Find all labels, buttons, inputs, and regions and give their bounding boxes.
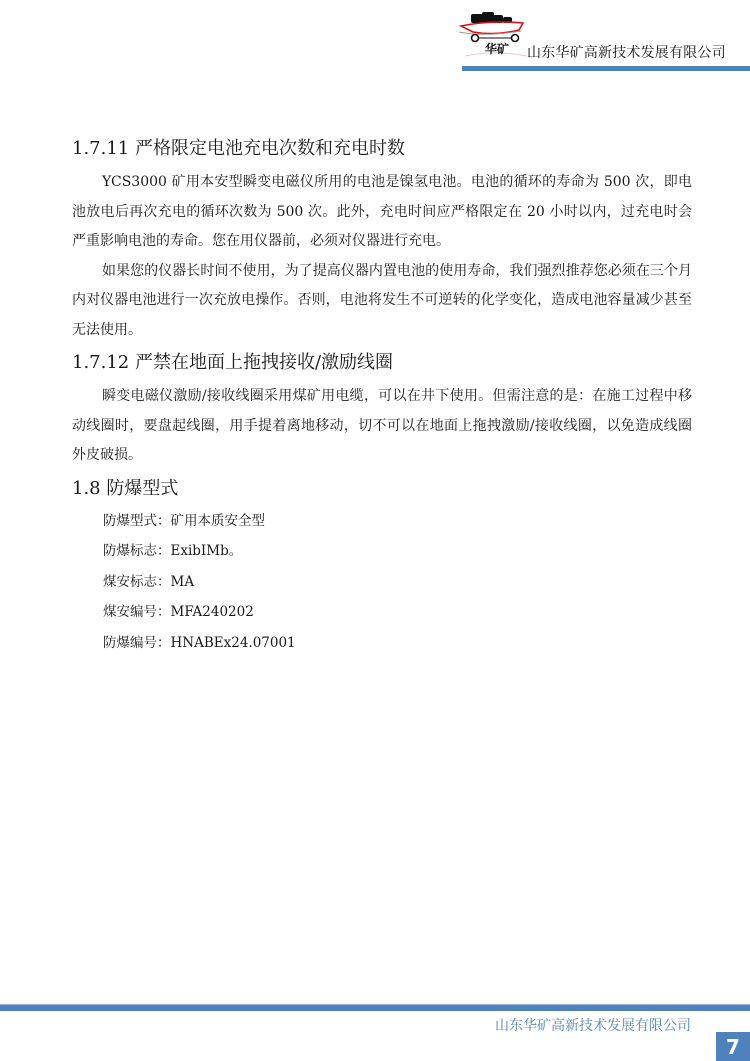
footer-company-name: 山东华矿高新技术发展有限公司 [495,1015,691,1035]
paragraph: 瞬变电磁仪激励/接收线圈采用煤矿用电缆，可以在井下使用。但需注意的是：在施工过程… [72,382,692,471]
spec-item-ma-mark: 煤安标志：MA [103,567,692,598]
footer-divider [0,1004,750,1011]
page-header: 华矿 山东华矿高新技术发展有限公司 [0,0,750,80]
spec-item-ex-number: 防爆编号：HNABEx24.07001 [103,628,692,659]
spec-item-ma-number: 煤安编号：MFA240202 [103,597,692,628]
paragraph: YCS3000 矿用本安型瞬变电磁仪所用的电池是镍氢电池。电池的循环的寿命为 5… [72,168,692,257]
header-divider [462,66,750,71]
spec-item-type: 防爆型式：矿用本质安全型 [103,506,692,537]
page-number: 7 [716,1032,750,1061]
spec-item-mark: 防爆标志：ExibIMb。 [103,536,692,567]
header-company-name: 山东华矿高新技术发展有限公司 [527,42,726,62]
section-heading-1-8: 1.8 防爆型式 [72,474,692,504]
paragraph: 如果您的仪器长时间不使用，为了提高仪器内置电池的使用寿命，我们强烈推荐您必须在三… [72,257,692,346]
logo-text: 华矿 [485,40,509,57]
section-heading-1-7-12: 1.7.12 严禁在地面上拖拽接收/激励线圈 [72,348,692,378]
section-heading-1-7-11: 1.7.11 严格限定电池充电次数和充电时数 [72,134,692,164]
explosion-proof-spec-list: 防爆型式：矿用本质安全型 防爆标志：ExibIMb。 煤安标志：MA 煤安编号：… [72,506,692,659]
document-body: 1.7.11 严格限定电池充电次数和充电时数 YCS3000 矿用本安型瞬变电磁… [72,134,692,658]
